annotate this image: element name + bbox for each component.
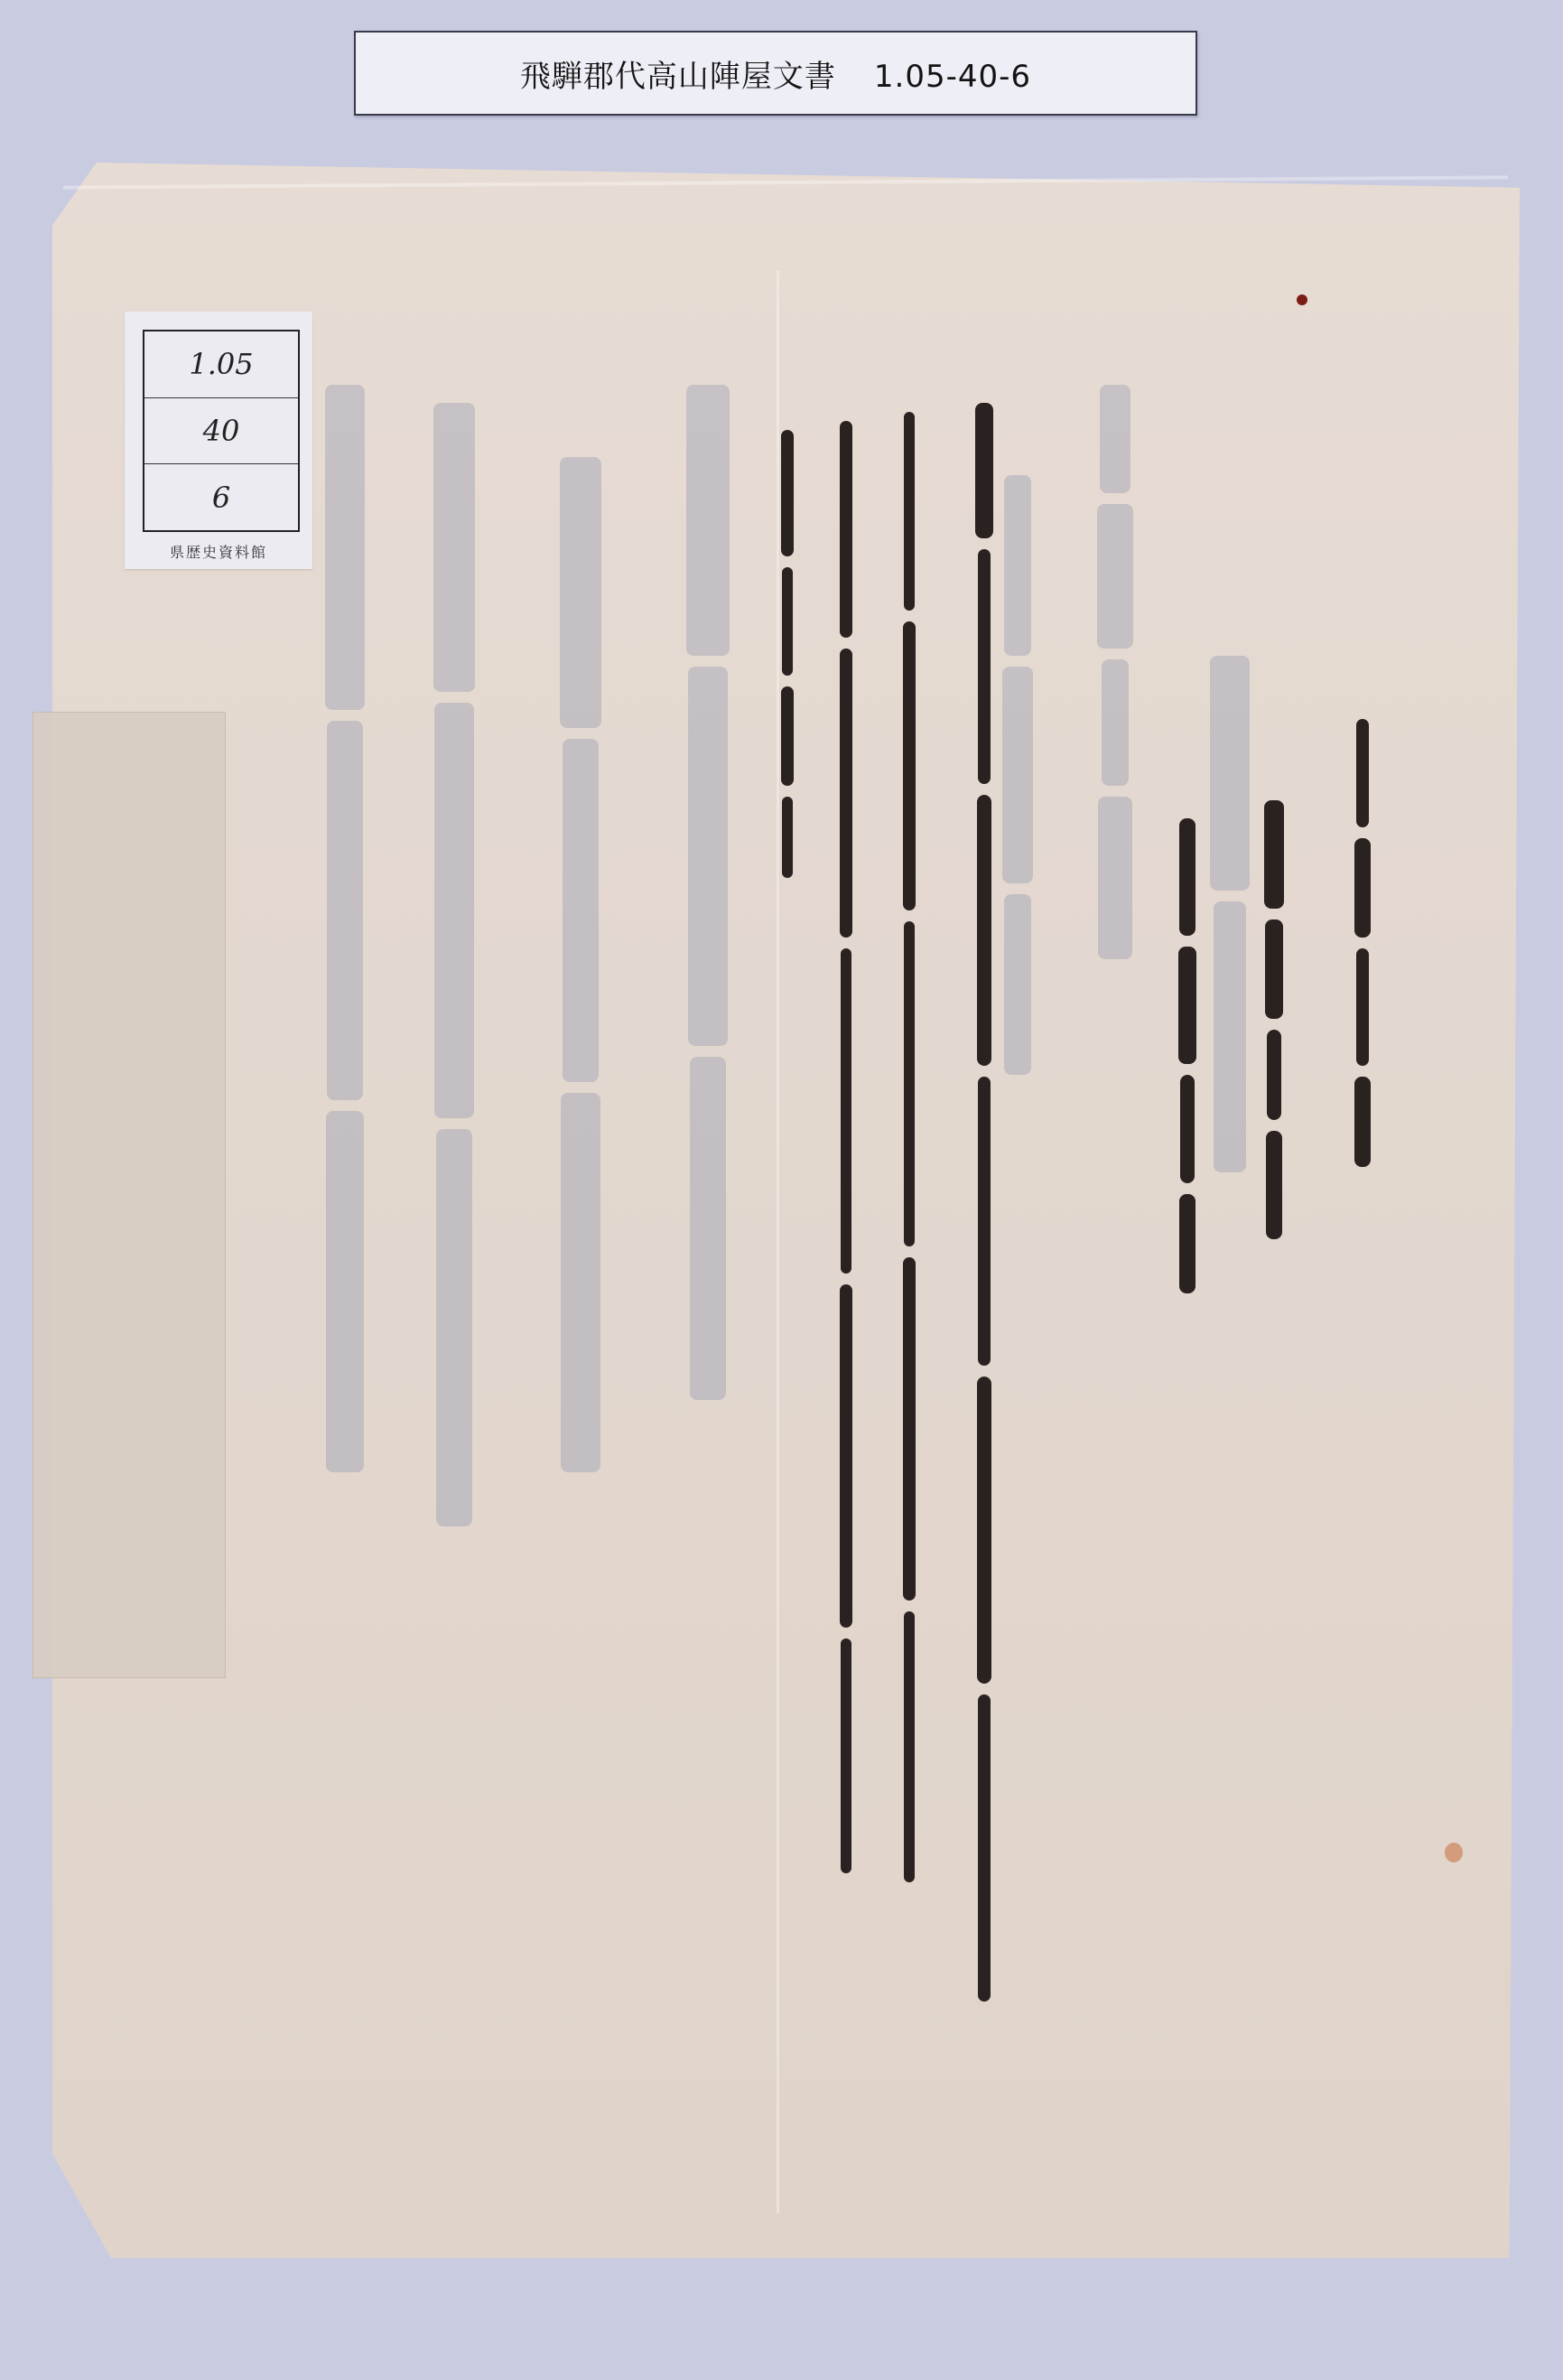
tag-row-2: 40 — [144, 398, 298, 465]
ghost-column — [325, 379, 365, 1478]
handwritten-column — [1264, 795, 1284, 1245]
ghost-column — [1097, 379, 1133, 965]
repair-patch — [33, 712, 226, 1678]
paper-crease — [777, 271, 779, 2213]
tag-row-3: 6 — [144, 464, 298, 530]
handwritten-column — [781, 425, 794, 883]
collection-title-label: 飛騨郡代高山陣屋文書1.05-40-6 — [354, 31, 1197, 116]
handwritten-column — [840, 415, 852, 1879]
ghost-column — [1210, 650, 1250, 1178]
catalog-tag: 1.05 40 6 県歴史資料館 — [125, 312, 312, 569]
catalog-number: 1.05-40-6 — [874, 59, 1031, 95]
tag-row-1: 1.05 — [144, 331, 298, 398]
stain-mark — [1445, 1843, 1463, 1862]
handwritten-column — [975, 397, 993, 2007]
ghost-column — [560, 452, 601, 1478]
handwritten-column — [903, 406, 916, 1888]
tag-institution: 県歴史資料館 — [125, 541, 312, 562]
handwritten-column — [1354, 714, 1371, 1172]
handwritten-column — [1178, 813, 1196, 1299]
red-seal-mark — [1297, 294, 1307, 305]
ghost-column — [686, 379, 730, 1405]
ghost-column — [1002, 470, 1033, 1080]
collection-title: 飛騨郡代高山陣屋文書 — [520, 59, 836, 95]
ghost-column — [433, 397, 475, 1532]
